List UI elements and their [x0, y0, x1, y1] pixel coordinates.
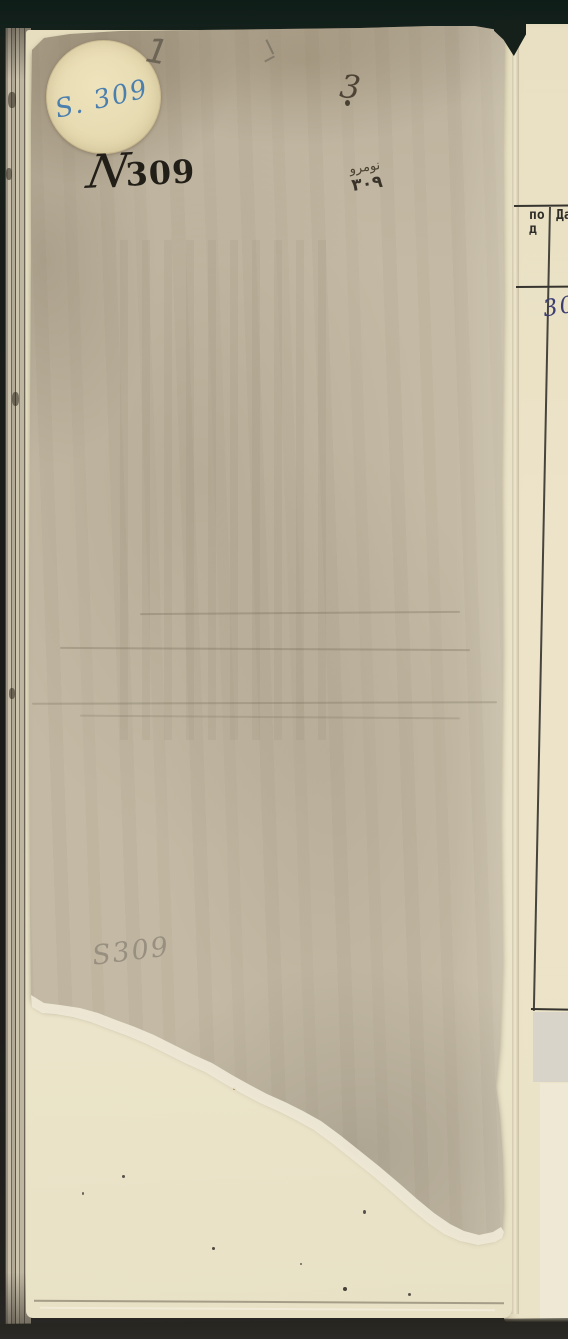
- ink-number-digits: 309: [125, 152, 197, 194]
- pencil-scribble: [266, 39, 274, 54]
- ink-mark: 3: [338, 67, 363, 107]
- sticker-label: S. 309: [52, 74, 151, 125]
- pencil-corner-mark: 1: [143, 30, 171, 73]
- top-page-wrap: S. 309 N309 1 3 نومرو ٣٠٩ S309: [0, 0, 568, 1339]
- ottoman-number-note: نومرو ٣٠٩: [334, 156, 398, 197]
- archival-scan: по д Да 30 S. 309 N309 1 3: [0, 0, 568, 1339]
- pencil-note: S309: [90, 931, 171, 971]
- ink-blot: [345, 100, 350, 106]
- top-page: S. 309 N309 1 3 نومرو ٣٠٩ S309: [0, 0, 568, 1339]
- stain-streaks: [120, 240, 330, 740]
- pencil-scribble: [264, 56, 274, 63]
- ink-number: N309: [87, 139, 197, 199]
- archive-sticker: S. 309: [46, 40, 161, 154]
